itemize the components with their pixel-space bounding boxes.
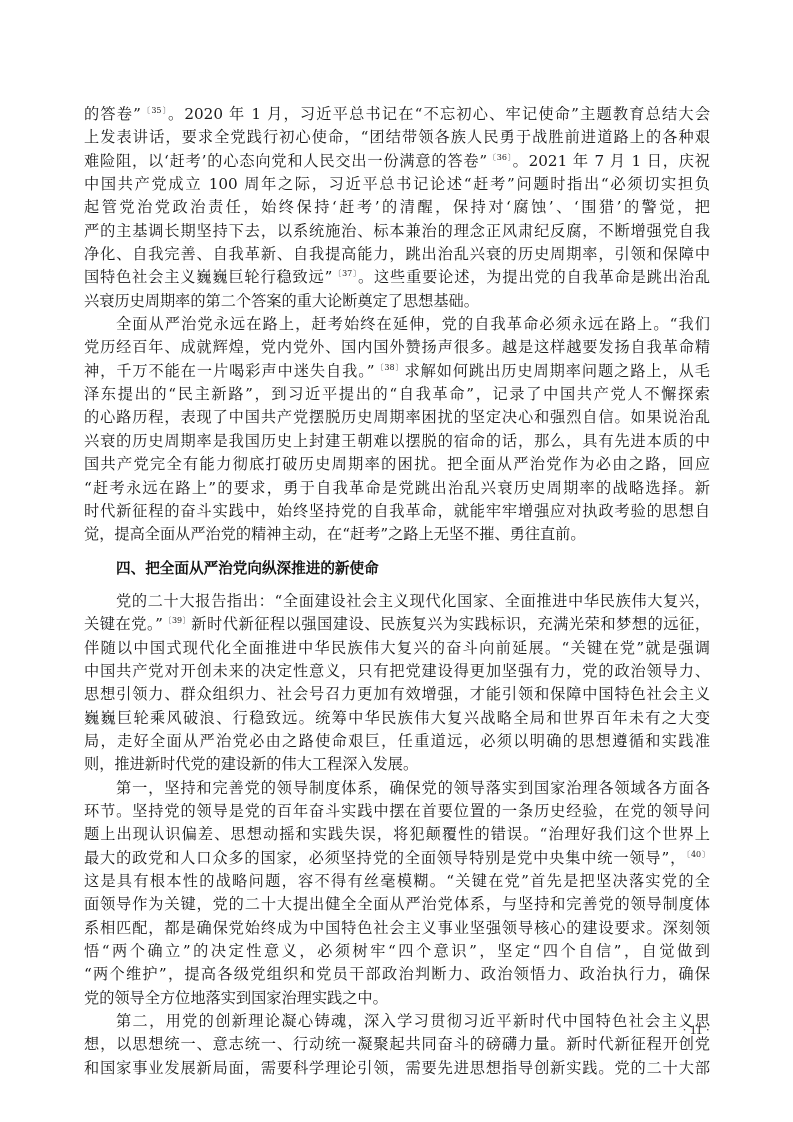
text-line: 的心路历程，表现了中国共产党摆脱历史周期率困扰的坚定决心和强烈自信。如果说治乱	[84, 406, 710, 429]
footnote-ref[interactable]: 〔36〕	[487, 153, 512, 162]
paragraph-1: 的答卷”〔35〕。2020 年 1 月，习近平总书记在“不忘初心、牢记使命”主题…	[84, 103, 710, 313]
text-line: 兴衰的历史周期率是我国历史上封建王朝难以摆脱的宿命的话，那么，具有先进本质的中	[84, 430, 710, 453]
text-line: “赶考永远在路上”的要求，勇于自我革命是党跳出治乱兴衰历史周期率的战略选择。新	[84, 477, 710, 500]
text-line: 泽东提出的“民主新路”，到习近平提出的“自我革命”，记录了中国共产党人不懈探索	[84, 383, 710, 406]
text-line: 第一，坚持和完善党的领导制度体系，确保党的领导落实到国家治理各领域各方面各	[84, 777, 710, 800]
text-line: “两个维护”，提高各级党组织和党员干部政治判断力、政治领悟力、政治执行力，确保	[84, 963, 710, 986]
text-line: 系相匹配，都是确保党始终成为中国特色社会主义事业坚强领导核心的建设要求。深刻领	[84, 917, 710, 940]
text-line: 党的二十大报告指出：“全面建设社会主义现代化国家、全面推进中华民族伟大复兴，	[84, 590, 710, 613]
text-line: 这是具有根本性的战略问题，容不得有丝毫模糊。“关键在党”首先是把坚决落实党的全	[84, 870, 710, 893]
footnote-ref[interactable]: 〔39〕	[163, 616, 191, 625]
text-line: 想，以思想统一、意志统一、行动统一凝聚起共同奋斗的磅礴力量。新时代新征程开创党	[84, 1033, 710, 1056]
text-line: 国共产党完全有能力彻底打破历史周期率的困扰。把全面从严治党作为必由之路，回应	[84, 453, 710, 476]
text-line: 的答卷”〔35〕。2020 年 1 月，习近平总书记在“不忘初心、牢记使命”主题…	[84, 103, 710, 126]
text-line: 严的主基调长期坚持下去，以系统施治、标本兼治的理念正风肃纪反腐，不断增强党自我	[84, 220, 710, 243]
text-line: 面领导作为关键，党的二十大提出健全全面从严治党体系，与坚持和完善党的领导制度体	[84, 893, 710, 916]
text-line: 最大的政党和人口众多的国家，必须坚持党的全面领导特别是党中央集中统一领导”，〔4…	[84, 847, 710, 870]
text-line: 中国共产党对开创未来的决定性意义，只有把党建设得更加坚强有力，党的政治领导力、	[84, 660, 710, 683]
footnote-ref[interactable]: 〔40〕	[686, 850, 710, 859]
paragraph-2: 全面从严治党永远在路上，赶考始终在延伸，党的自我革命必须永远在路上。“我们 党历…	[84, 313, 710, 546]
text-line: 悟“两个确立”的决定性意义，必须树牢“四个意识”，坚定“四个自信”，自觉做到	[84, 940, 710, 963]
text-line: 关键在党。”〔39〕新时代新征程以强国建设、民族复兴为实践标识，充满光荣和梦想的…	[84, 613, 710, 636]
text-line: 神，千万不能在一片喝彩声中迷失自我。”〔38〕求解如何跳出历史周期率问题之路上，…	[84, 360, 710, 383]
text-line: 伴随以中国式现代化全面推进中华民族伟大复兴的奋斗向前延展。“关键在党”就是强调	[84, 637, 710, 660]
paragraph-3: 党的二十大报告指出：“全面建设社会主义现代化国家、全面推进中华民族伟大复兴， 关…	[84, 590, 710, 777]
text-line: 和国家事业发展新局面，需要科学理论引领，需要先进思想指导创新实践。党的二十大部	[84, 1057, 710, 1080]
text-line: 觉，提高全面从严治党的精神主动，在“赶考”之路上无坚不摧、勇往直前。	[84, 523, 710, 546]
text-line: 题上出现认识偏差、思想动摇和实践失误，将犯颠覆性的错误。“治理好我们这个世界上	[84, 823, 710, 846]
paragraph-4: 第一，坚持和完善党的领导制度体系，确保党的领导落实到国家治理各领域各方面各 环节…	[84, 777, 710, 1010]
text-line: 难险阻，以‘赶考’的心态向党和人民交出一份满意的答卷”〔36〕。2021 年 7…	[84, 150, 710, 173]
paragraph-5: 第二，用党的创新理论凝心铸魂，深入学习贯彻习近平新时代中国特色社会主义思 想，以…	[84, 1010, 710, 1080]
text-line: 则，推进新时代党的建设新的伟大工程深入发展。	[84, 753, 710, 776]
footnote-ref[interactable]: 〔37〕	[332, 269, 358, 278]
text-line: 时代新征程的奋斗实践中，始终坚持党的自我革命，就能牢牢增强应对执政考验的思想自	[84, 500, 710, 523]
document-page: 的答卷”〔35〕。2020 年 1 月，习近平总书记在“不忘初心、牢记使命”主题…	[0, 0, 793, 1122]
footnote-ref[interactable]: 〔35〕	[141, 106, 168, 115]
text-line: 国特色社会主义巍巍巨轮行稳致远”〔37〕。这些重要论述，为提出党的自我革命是跳出…	[84, 266, 710, 289]
page-number: · 11 ·	[670, 1022, 710, 1038]
text-line: 起管党治党政治责任，始终保持‘赶考’的清醒，保持对‘腐蚀’、‘围猎’的警觉，把	[84, 196, 710, 219]
text-line: 党的领导全方位地落实到国家治理实践之中。	[84, 987, 710, 1010]
text-line: 巍巍巨轮乘风破浪、行稳致远。统筹中华民族伟大复兴战略全局和世界百年未有之大变	[84, 707, 710, 730]
text-line: 中国共产党成立 100 周年之际，习近平总书记论述“赶考”问题时指出“必须切实担…	[84, 173, 710, 196]
text-line: 上发表讲话，要求全党践行初心使命，“团结带领各族人民勇于战胜前进道路上的各种艰	[84, 126, 710, 149]
text-line: 第二，用党的创新理论凝心铸魂，深入学习贯彻习近平新时代中国特色社会主义思	[84, 1010, 710, 1033]
text-line: 兴衰历史周期率的第二个答案的重大论断奠定了思想基础。	[84, 290, 710, 313]
text-line: 思想引领力、群众组织力、社会号召力更加有效增强，才能引领和保障中国特色社会主义	[84, 683, 710, 706]
footnote-ref[interactable]: 〔38〕	[375, 363, 405, 372]
body-text: 的答卷”〔35〕。2020 年 1 月，习近平总书记在“不忘初心、牢记使命”主题…	[84, 103, 710, 1080]
text-line: 全面从严治党永远在路上，赶考始终在延伸，党的自我革命必须永远在路上。“我们	[84, 313, 710, 336]
text-line: 局，走好全面从严治党必由之路使命艰巨，任重道远，必须以明确的思想遵循和实践准	[84, 730, 710, 753]
section-heading: 四、把全面从严治党向纵深推进的新使命	[84, 557, 710, 580]
text-line: 党历经百年、成就辉煌，党内党外、国内国外赞扬声很多。越是这样越要发扬自我革命精	[84, 336, 710, 359]
text-line: 净化、自我完善、自我革新、自我提高能力，跳出治乱兴衰的历史周期率，引领和保障中	[84, 243, 710, 266]
text-line: 环节。坚持党的领导是党的百年奋斗实践中摆在首要位置的一条历史经验，在党的领导问	[84, 800, 710, 823]
